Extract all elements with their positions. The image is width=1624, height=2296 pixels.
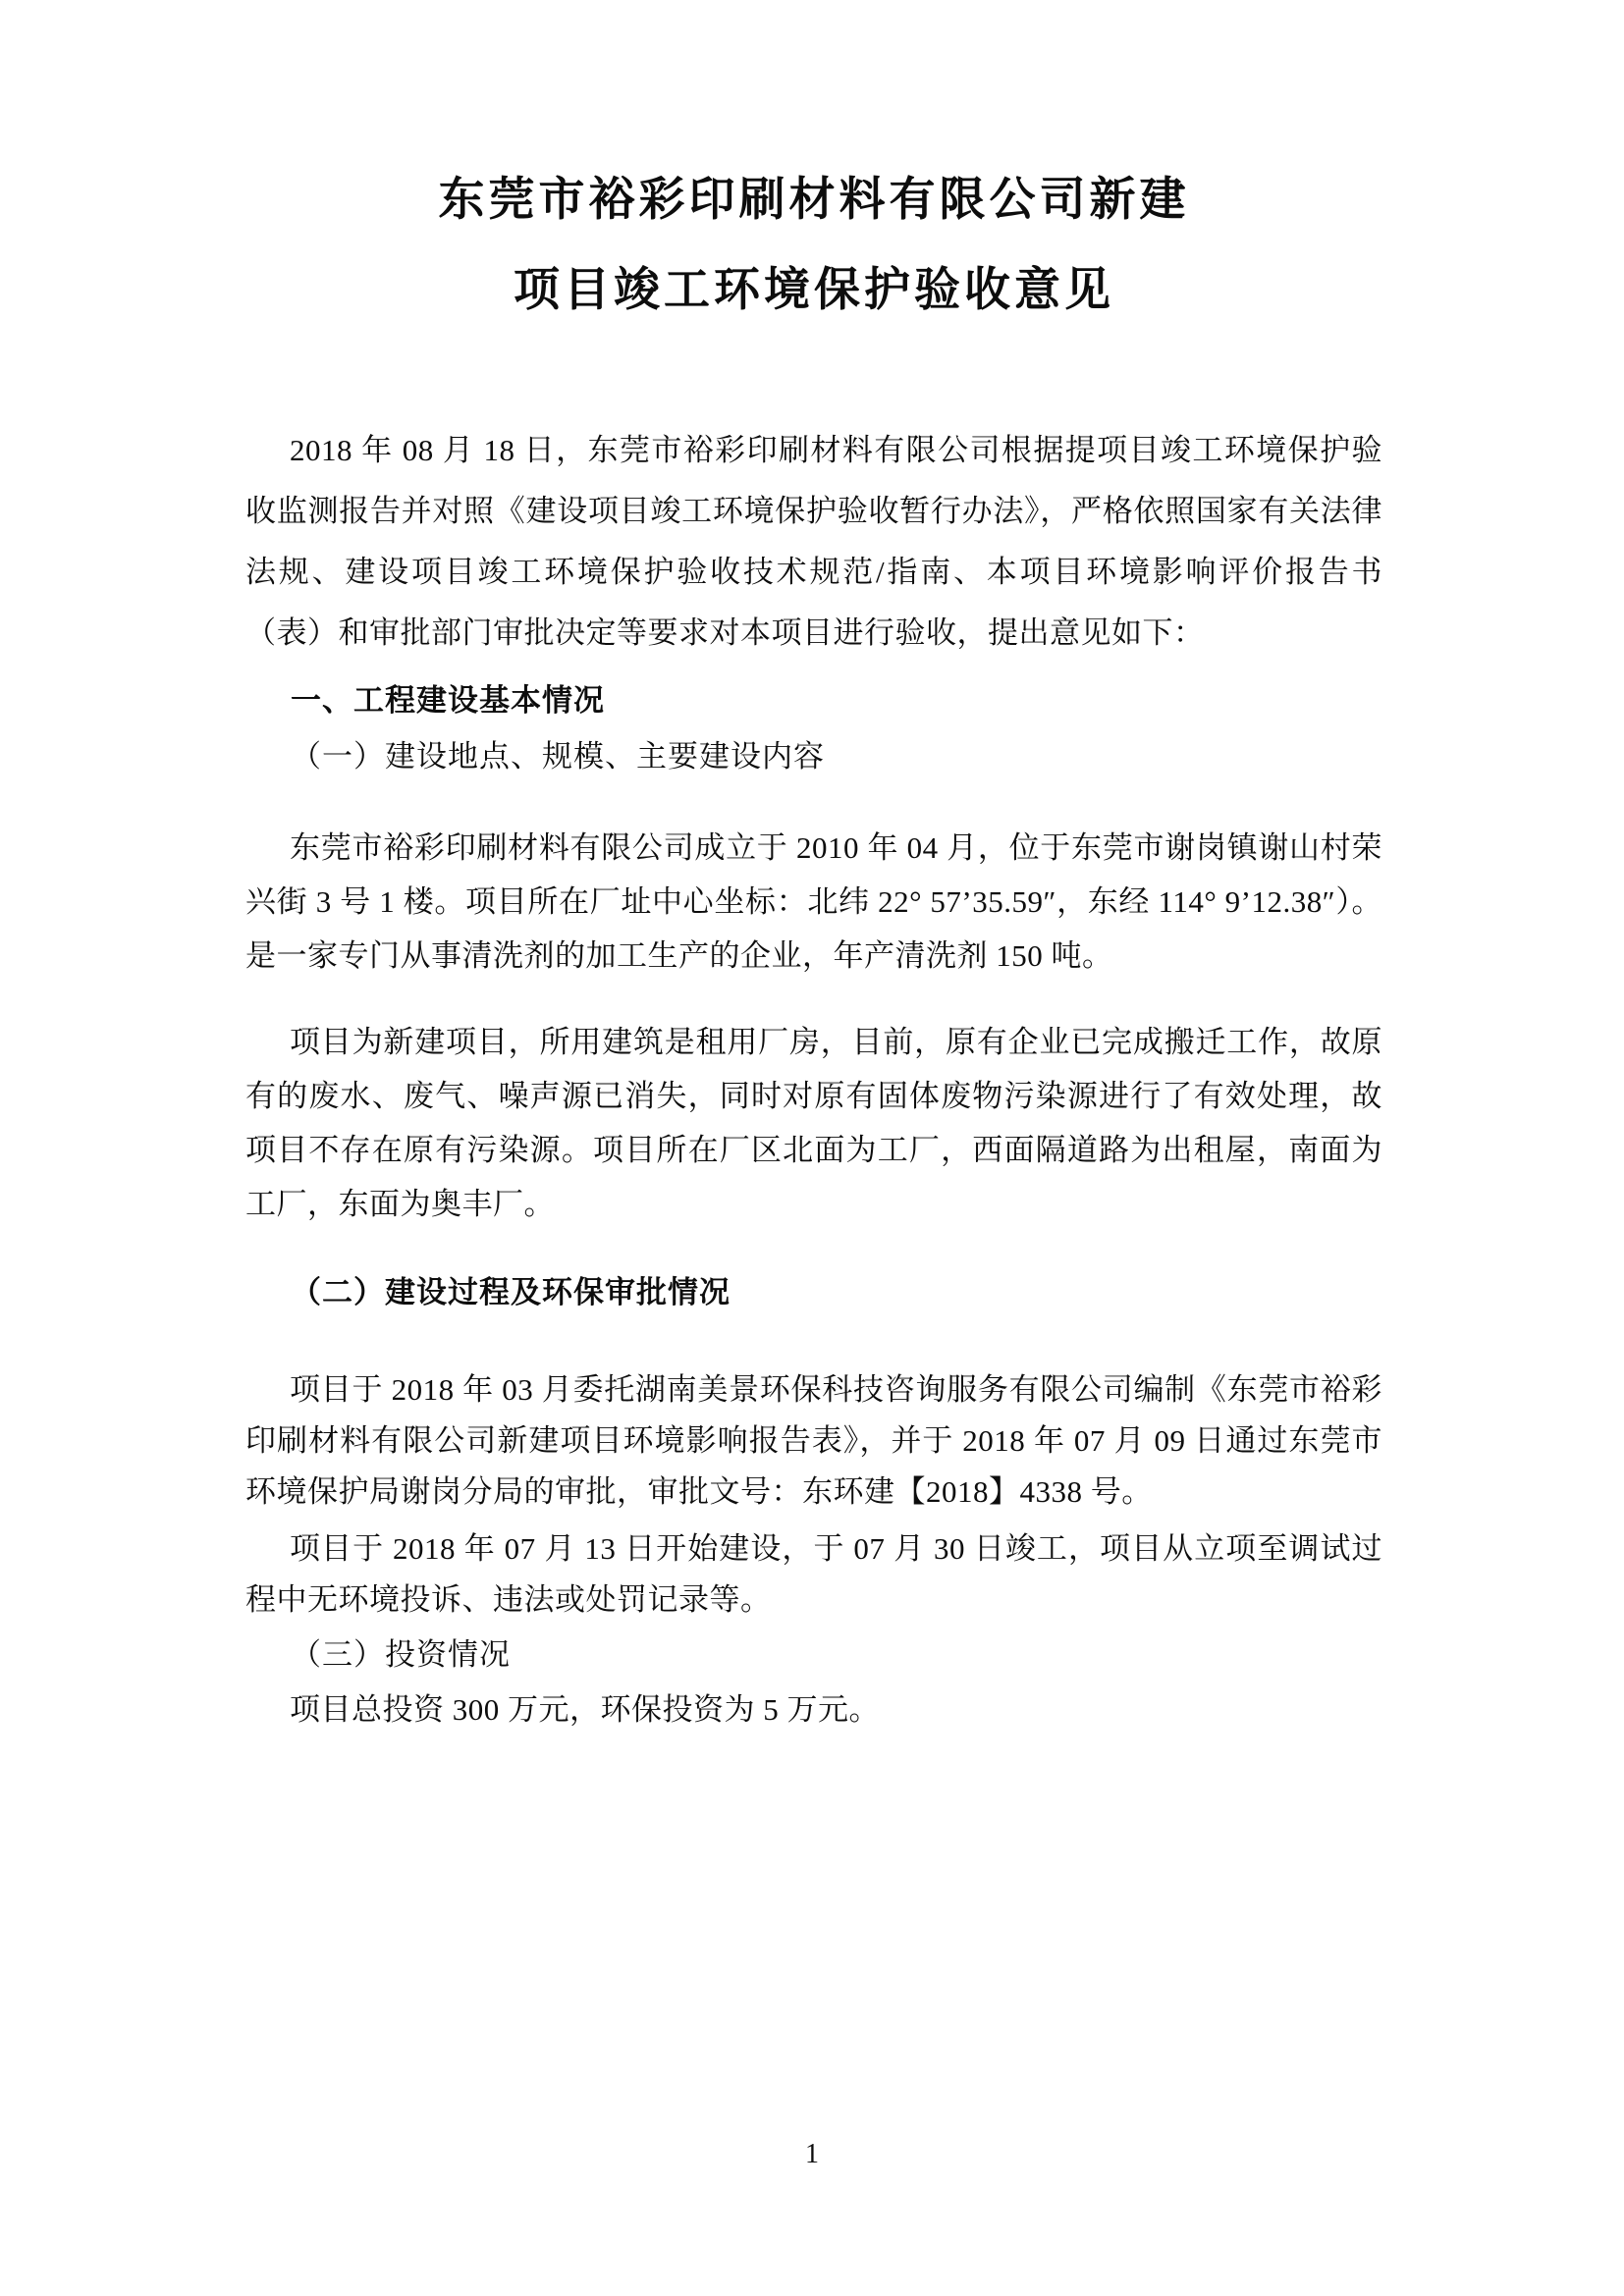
section-heading-project-basics: 一、工程建设基本情况 [245, 673, 1382, 727]
page-number: 1 [0, 2138, 1624, 2171]
subsection-heading-location-scale: （一）建设地点、规模、主要建设内容 [245, 729, 1382, 783]
page-title-line-2: 项目竣工环境保护验收意见 [245, 245, 1382, 336]
intro-paragraph: 2018 年 08 月 18 日，东莞市裕彩印刷材料有限公司根据提项目竣工环境保… [245, 420, 1382, 664]
document-page: 东莞市裕彩印刷材料有限公司新建 项目竣工环境保护验收意见 2018 年 08 月… [0, 0, 1624, 2296]
subsection-heading-investment: （三）投资情况 [245, 1629, 1382, 1681]
page-title: 东莞市裕彩印刷材料有限公司新建 项目竣工环境保护验收意见 [245, 155, 1382, 336]
page-title-line-1: 东莞市裕彩印刷材料有限公司新建 [245, 155, 1382, 245]
paragraph-new-project-status: 项目为新建项目，所用建筑是租用厂房，目前，原有企业已完成搬迁工作，故原有的废水、… [245, 1015, 1382, 1231]
paragraph-company-overview: 东莞市裕彩印刷材料有限公司成立于 2010 年 04 月，位于东莞市谢岗镇谢山村… [245, 821, 1382, 983]
paragraph-construction-timeline: 项目于 2018 年 07 月 13 日开始建设，于 07 月 30 日竣工，项… [245, 1523, 1382, 1626]
paragraph-investment-amount: 项目总投资 300 万元，环保投资为 5 万元。 [245, 1684, 1382, 1735]
paragraph-eia-approval: 项目于 2018 年 03 月委托湖南美景环保科技咨询服务有限公司编制《东莞市裕… [245, 1364, 1382, 1518]
subsection-heading-approval-process: （二）建设过程及环保审批情况 [245, 1265, 1382, 1319]
